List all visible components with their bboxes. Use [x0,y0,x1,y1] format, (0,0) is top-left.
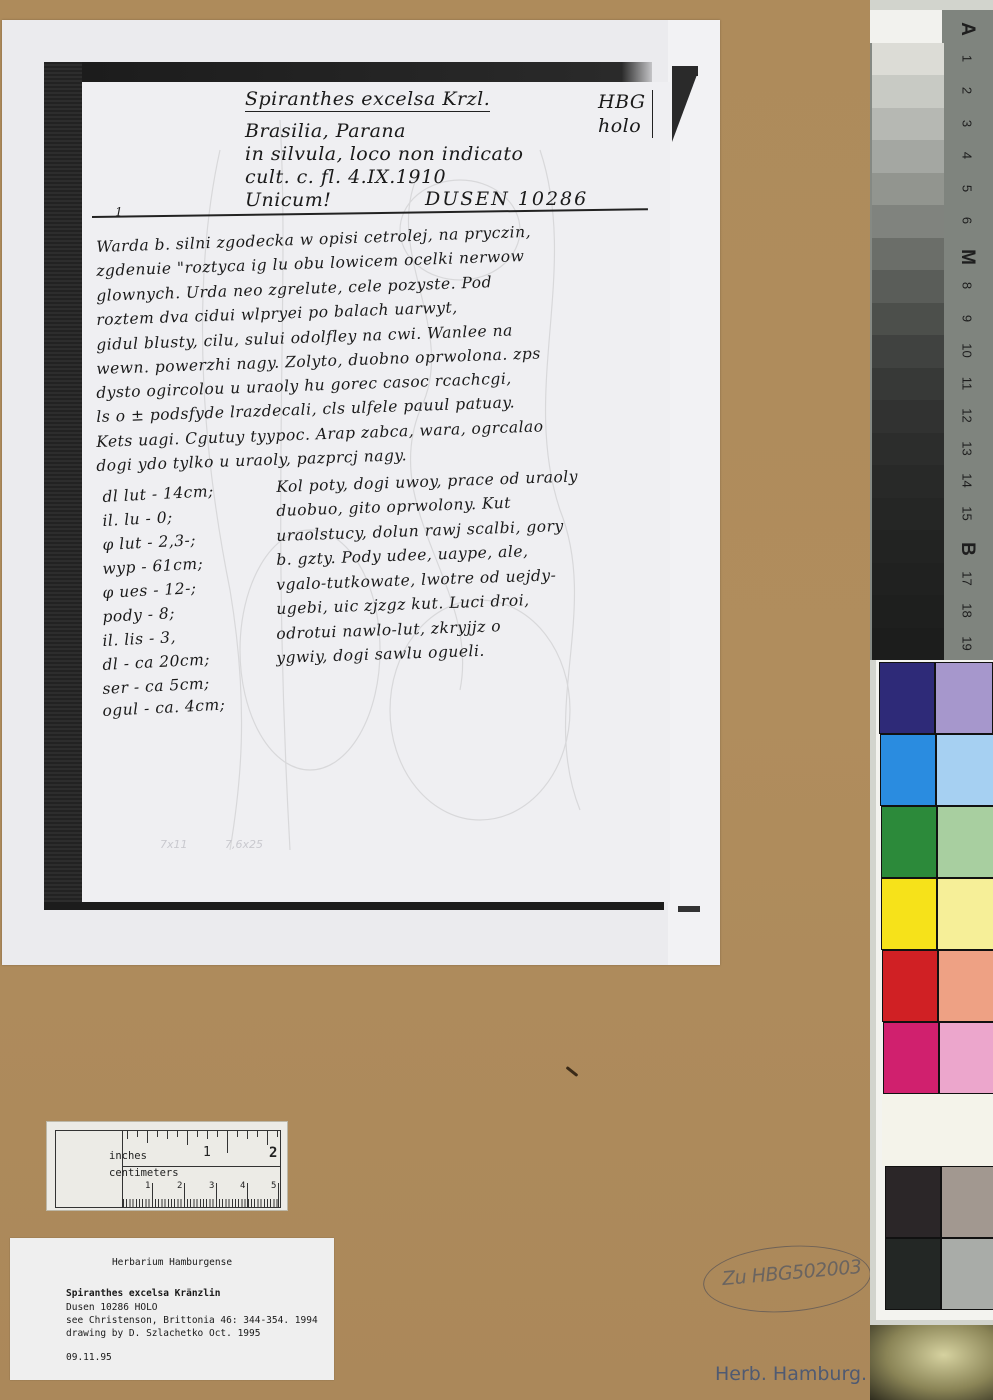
color-patch-dark [885,1166,941,1238]
gray-patch [872,173,944,206]
inches-label: inches [109,1150,147,1162]
color-patch-dark [881,878,937,950]
cm-mark-5: 5 [271,1181,276,1191]
color-patch-dark [880,734,936,806]
copy-frame-corner-triangle [672,72,698,142]
gray-patch [872,238,944,271]
color-patch-light [941,1166,993,1238]
pencil-note-2: 7,6x25 [225,838,263,851]
gray-patch [872,140,944,173]
label-drawing: drawing by D. Szlachetko Oct. 1995 [66,1328,260,1339]
gray-patch [872,400,944,433]
gray-scale-label: 19 [960,622,975,664]
gray-patch [872,270,944,303]
cm-mark-1: 1 [145,1181,150,1191]
color-patch-light [935,662,993,734]
herbarium-name: Herbarium Hamburgense [10,1257,334,1268]
gray-patch [872,433,944,466]
gray-patch [872,498,944,531]
color-patch-dark [881,806,937,878]
measurement-2: il. lu - 0; [102,508,173,530]
copy-frame-bottom-stub [678,906,700,912]
specimen-title-handwritten: Spiranthes excelsa Krzl. [245,88,490,112]
centimeters-label: centimeters [109,1167,179,1179]
gray-patch [872,563,944,596]
color-patch-light [936,734,993,806]
herbarium-code-box: HBG holo [598,90,653,138]
inch-mark-2: 2 [269,1145,277,1161]
gray-patch [872,75,944,108]
measurement-6: pody - 8; [102,604,175,626]
herbarium-code: HBG [598,90,646,114]
copy-frame-left [44,62,82,910]
label-date: 09.11.95 [66,1352,112,1363]
locality-line: Brasilia, Parana [245,120,406,142]
collector-number: DUSEN 10286 [425,188,588,210]
measurement-7: il. lis - 3, [102,628,176,650]
gray-patch [872,303,944,336]
color-patch-light [939,1022,993,1094]
unicum-line: Unicum! [245,189,331,211]
ruler-scale: inches 1 2 centimeters 1 2 3 4 5 [123,1131,280,1207]
label-collector: Dusen 10286 HOLO [66,1302,158,1313]
copy-frame-bottom [44,902,664,910]
gray-patch [872,43,944,76]
habitat-line: in silvula, loco non indicato [245,143,523,165]
copy-frame-top [44,62,652,82]
scale-ruler-label: inches 1 2 centimeters 1 2 3 4 5 [46,1121,288,1211]
label-taxon: Spiranthes excelsa Kränzlin [66,1288,220,1299]
type-status: holo [598,114,646,138]
gray-patch [872,205,944,238]
white-patch [882,1094,993,1166]
gray-patch [872,530,944,563]
gray-patch [872,368,944,401]
color-patch-dark [879,662,935,734]
pencil-note-1: 7x11 [160,838,188,851]
color-calibration-chart: A123456M89101112131415B171819 [870,0,993,1400]
color-patch-dark [882,950,938,1022]
gray-patch [870,10,942,43]
label-reference: see Christenson, Brittonia 46: 344-354. … [66,1315,318,1326]
color-patch-dark [885,1238,941,1310]
cm-mark-4: 4 [240,1181,245,1191]
herbarium-label: Herbarium Hamburgense Spiranthes excelsa… [10,1238,334,1380]
gray-patch [872,335,944,368]
inch-mark-1: 1 [203,1145,211,1160]
gray-patch [872,628,944,661]
gray-patch [872,108,944,141]
color-patch-dark [883,1022,939,1094]
cm-mark-2: 2 [177,1181,182,1191]
color-patch-light [937,806,993,878]
table-surface [870,1325,993,1400]
color-patch-light [937,878,993,950]
gray-patch [872,595,944,628]
cm-mark-3: 3 [209,1181,214,1191]
color-patch-light [938,950,993,1022]
sheet-fold-strip [668,20,720,965]
gray-patch [872,465,944,498]
herbarium-stamp: Herb. Hamburg. [715,1363,867,1385]
color-patch-light [941,1238,993,1310]
date-line: cult. c. fl. 4.IX.1910 [245,166,446,188]
